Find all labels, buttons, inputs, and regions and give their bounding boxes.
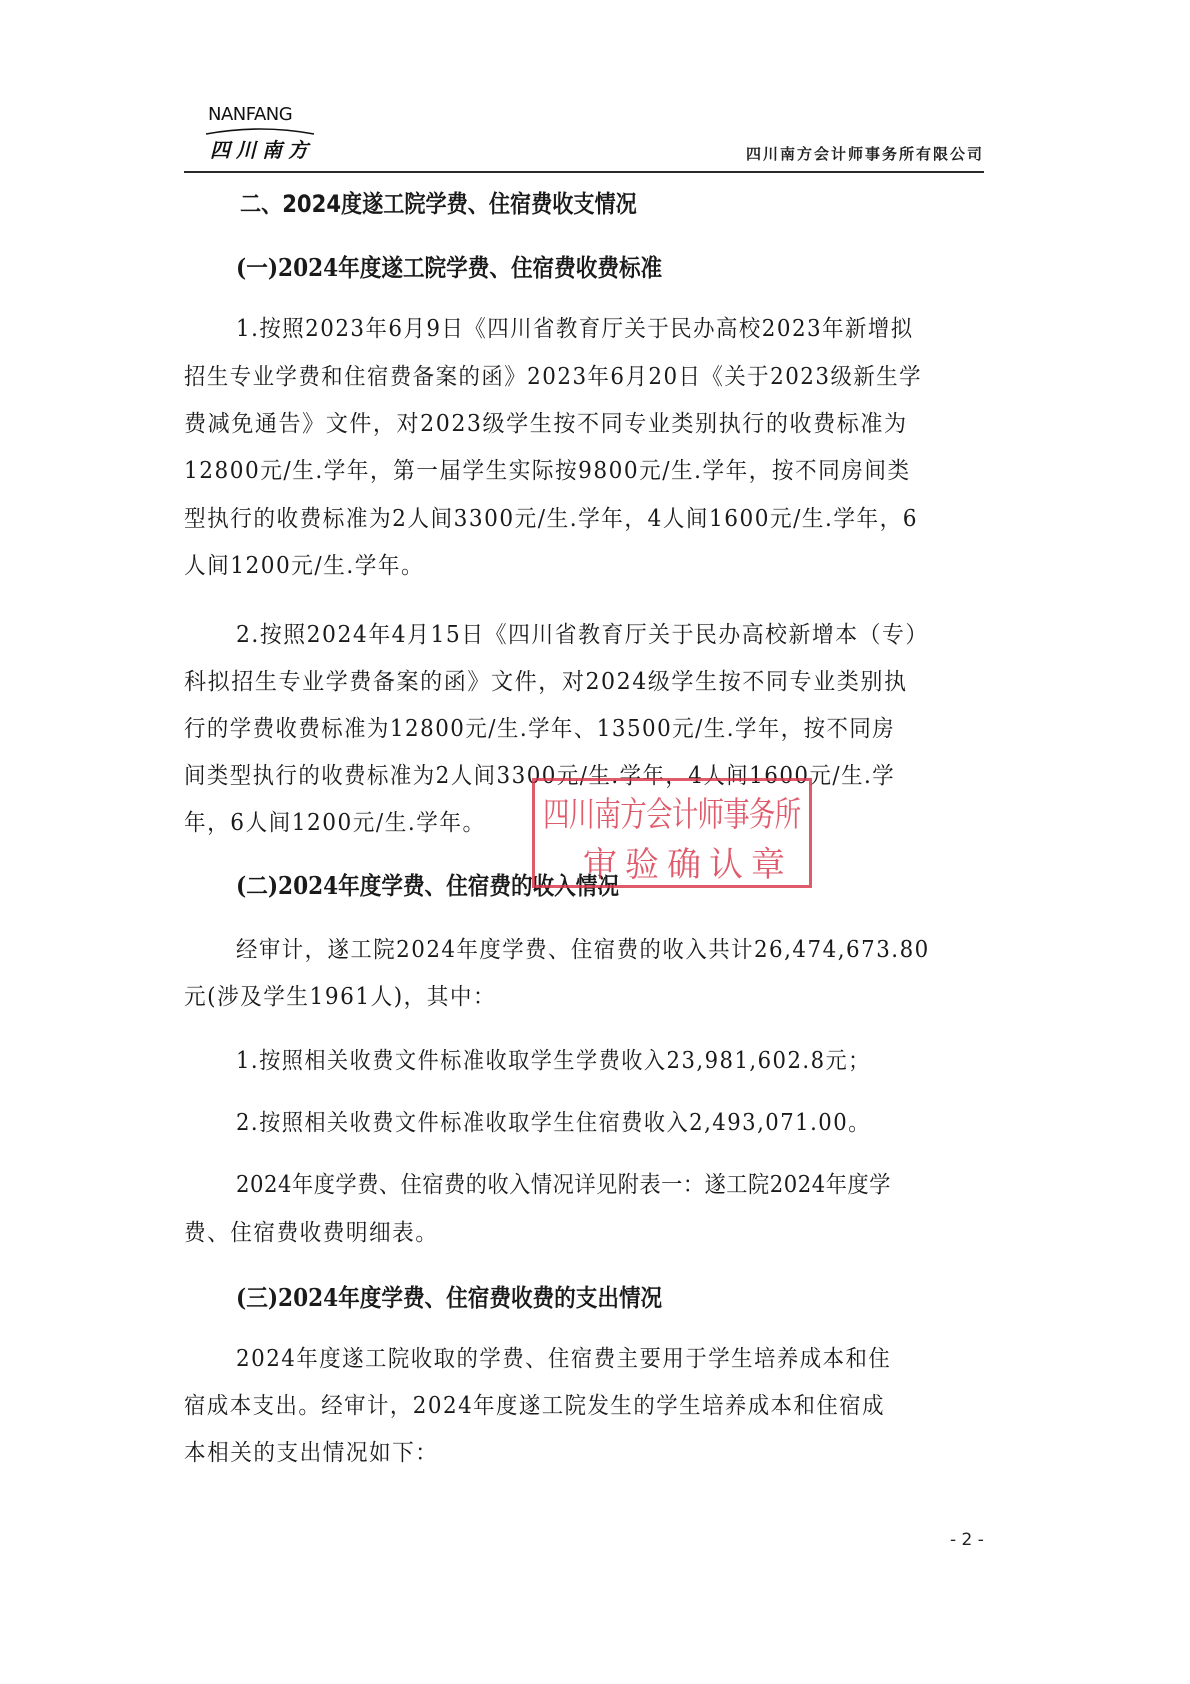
income-item-lodging: 2.按照相关收费文件标准收取学生住宿费收入2,493,071.00。 — [236, 1104, 871, 1137]
income-detail-line: 费、住宿费收费明细表。 — [184, 1214, 438, 1247]
income-summary-line: 元(涉及学生1961人)，其中： — [184, 978, 496, 1011]
para1-line: 型执行的收费标准为2人间3300元/生.学年，4人间1600元/生.学年，6 — [184, 500, 918, 533]
income-detail-line: 2024年度学费、住宿费的收入情况详见附表一：遂工院2024年度学 — [236, 1166, 891, 1199]
subsection-3-title: (三)2024年度学费、住宿费收费的支出情况 — [236, 1278, 662, 1313]
income-summary-line: 经审计，遂工院2024年度学费、住宿费的收入共计26,474,673.80 — [236, 931, 930, 964]
logo-english: NANFANG — [208, 104, 292, 125]
section-title: 二、2024度遂工院学费、住宿费收支情况 — [240, 184, 637, 219]
logo-chinese: 四川南方 — [210, 134, 314, 163]
audit-seal-stamp: 四川南方会计师事务所 审验确认章 — [532, 778, 812, 888]
header-divider — [184, 171, 984, 173]
expense-body-line: 2024年度遂工院收取的学费、住宿费主要用于学生培养成本和住 — [236, 1340, 891, 1373]
para2-line: 年，6人间1200元/生.学年。 — [184, 804, 486, 837]
income-item-tuition: 1.按照相关收费文件标准收取学生学费收入23,981,602.8元； — [236, 1042, 871, 1075]
para1-line: 1.按照2023年6月9日《四川省教育厅关于民办高校2023年新增拟 — [236, 310, 914, 343]
para1-line: 招生专业学费和住宿费备案的函》2023年6月20日《关于2023级新生学 — [184, 358, 922, 391]
subsection-1-title: (一)2024年度遂工院学费、住宿费收费标准 — [236, 248, 662, 283]
para1-line: 12800元/生.学年，第一届学生实际按9800元/生.学年，按不同房间类 — [184, 452, 911, 485]
para1-line: 人间1200元/生.学年。 — [184, 547, 424, 580]
expense-body-line: 宿成本支出。经审计，2024年度遂工院发生的学生培养成本和住宿成 — [184, 1387, 885, 1420]
para2-line: 科拟招生专业学费备案的函》文件，对2024级学生按不同专业类别执 — [184, 663, 908, 696]
company-name: 四川南方会计师事务所有限公司 — [746, 143, 984, 164]
stamp-firm-name: 四川南方会计师事务所 — [543, 787, 800, 836]
page-number: - 2 - — [950, 1530, 984, 1550]
para2-line: 行的学费收费标准为12800元/生.学年、13500元/生.学年，按不同房 — [184, 710, 895, 743]
nanfang-logo: NANFANG 四川南方 — [204, 104, 316, 164]
expense-body-line: 本相关的支出情况如下： — [184, 1434, 438, 1467]
stamp-label: 审验确认章 — [583, 837, 793, 886]
para2-line: 2.按照2024年4月15日《四川省教育厅关于民办高校新增本（专） — [236, 616, 929, 649]
para1-line: 费减免通告》文件，对2023级学生按不同专业类别执行的收费标准为 — [184, 405, 908, 438]
